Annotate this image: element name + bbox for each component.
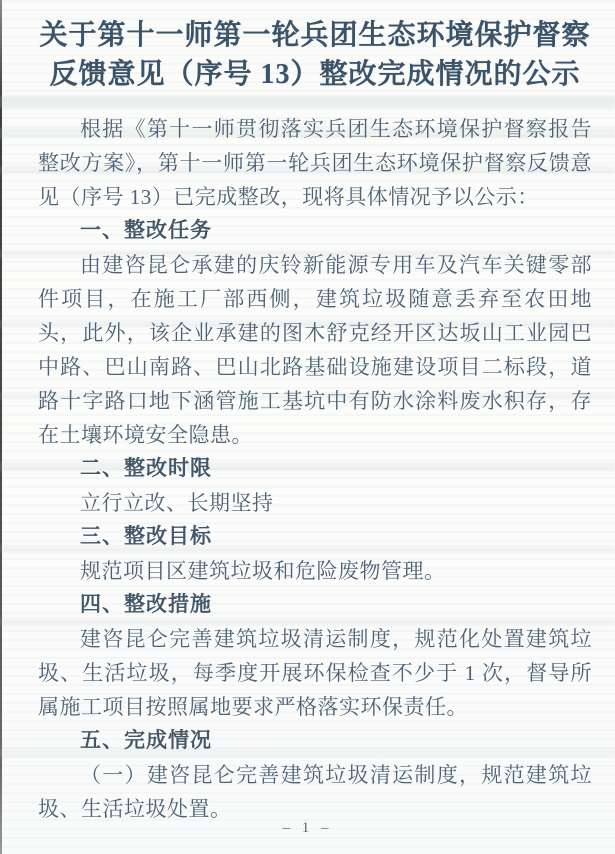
section-heading-2: 二、整改时限	[38, 452, 592, 486]
section-paragraph-4: 建咨昆仑完善建筑垃圾清运制度，规范化处置建筑垃圾、生活垃圾，每季度开展环保检查不…	[38, 622, 592, 724]
section-paragraph-5: （一）建咨昆仑完善建筑垃圾清运制度，规范建筑垃圾、生活垃圾处置。	[38, 758, 592, 826]
page-number: – 1 –	[0, 820, 615, 837]
section-heading-4: 四、整改措施	[38, 588, 592, 622]
section-heading-1: 一、整改任务	[38, 214, 592, 248]
section-paragraph-3: 规范项目区建筑垃圾和危险废物管理。	[38, 554, 592, 588]
section-paragraph-2: 立行立改、长期坚持	[38, 486, 592, 520]
document-title-line2: 反馈意见（序号 13）整改完成情况的公示	[49, 59, 580, 90]
document-title-line1: 关于第十一师第一轮兵团生态环境保护督察	[39, 20, 590, 51]
document-body: 关于第十一师第一轮兵团生态环境保护督察 反馈意见（序号 13）整改完成情况的公示…	[38, 16, 592, 826]
section-heading-3: 三、整改目标	[38, 520, 592, 554]
scan-left-edge-artifact	[0, 0, 2, 854]
section-heading-5: 五、完成情况	[38, 724, 592, 758]
section-paragraph-1: 由建咨昆仑承建的庆铃新能源专用车及汽车关键零部件项目，在施工厂部西侧，建筑垃圾随…	[38, 248, 592, 452]
scanned-document-page: 关于第十一师第一轮兵团生态环境保护督察 反馈意见（序号 13）整改完成情况的公示…	[0, 0, 615, 854]
document-title: 关于第十一师第一轮兵团生态环境保护督察 反馈意见（序号 13）整改完成情况的公示	[38, 16, 592, 94]
intro-paragraph: 根据《第十一师贯彻落实兵团生态环境保护督察报告整改方案》，第十一师第一轮兵团生态…	[38, 112, 592, 214]
